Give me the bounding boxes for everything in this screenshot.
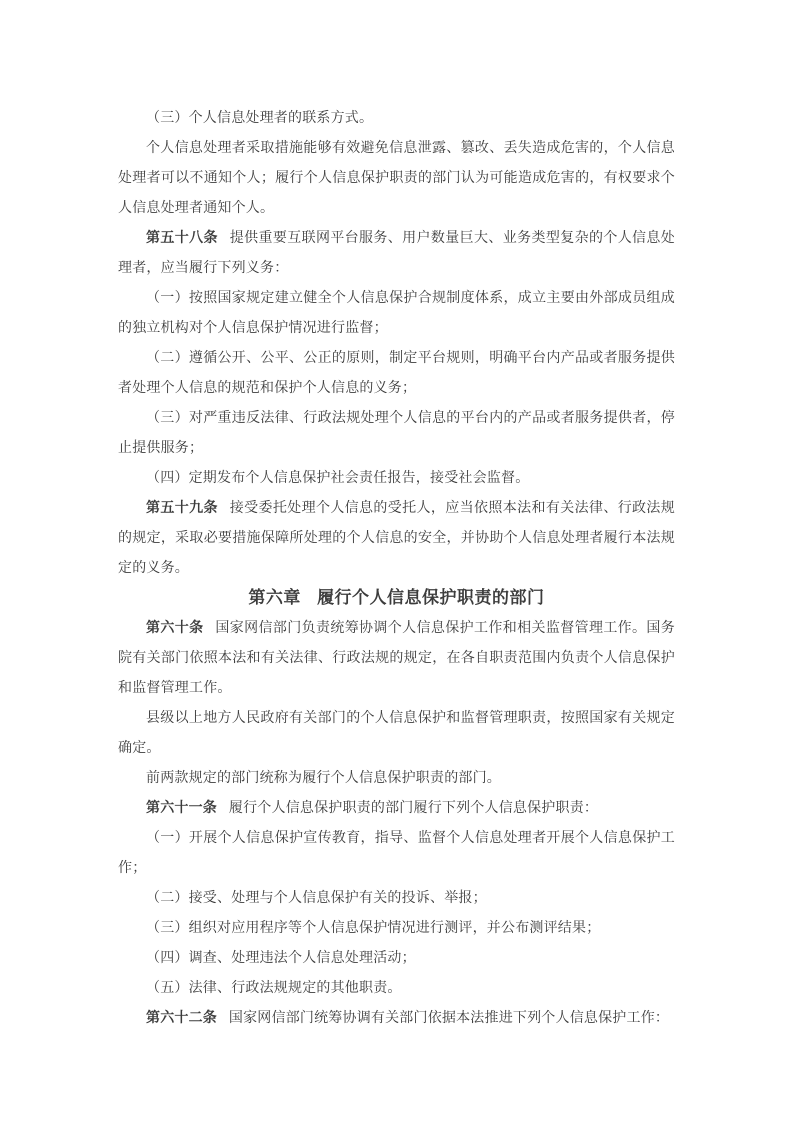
article-number: 第六十一条 [146, 800, 217, 816]
body-paragraph: （三）对严重违反法律、行政法规处理个人信息的平台内的产品或者服务提供者，停止提供… [118, 403, 675, 463]
article-number: 第六十二条 [146, 1010, 217, 1026]
paragraph-text: （四）调查、处理违法个人信息处理活动； [146, 950, 416, 966]
document-body: （三）个人信息处理者的联系方式。个人信息处理者采取措施能够有效避免信息泄露、篡改… [118, 103, 675, 1033]
paragraph-text: （二）接受、处理与个人信息保护有关的投诉、举报； [146, 890, 487, 906]
document-page: （三）个人信息处理者的联系方式。个人信息处理者采取措施能够有效避免信息泄露、篡改… [0, 0, 793, 1122]
paragraph-text: 前两款规定的部门统称为履行个人信息保护职责的部门。 [146, 770, 501, 786]
body-paragraph: （二）遵循公开、公平、公正的原则，制定平台规则，明确平台内产品或者服务提供者处理… [118, 343, 675, 403]
chapter-number: 第六章 [248, 588, 301, 608]
paragraph-text: （三）组织对应用程序等个人信息保护情况进行测评，并公布测评结果； [146, 920, 600, 936]
paragraph-text: （三）对严重违反法律、行政法规处理个人信息的平台内的产品或者服务提供者，停止提供… [118, 410, 675, 456]
paragraph-text: 个人信息处理者采取措施能够有效避免信息泄露、篡改、丢失造成危害的，个人信息处理者… [118, 140, 675, 216]
paragraph-text: （四）定期发布个人信息保护社会责任报告，接受社会监督。 [146, 470, 529, 486]
paragraph-text: （五）法律、行政法规规定的其他职责。 [146, 980, 402, 996]
article-number: 第五十九条 [146, 500, 218, 516]
paragraph-text: 履行个人信息保护职责的部门 [317, 588, 545, 608]
paragraph-text: （三）个人信息处理者的联系方式。 [146, 110, 373, 126]
body-paragraph: （四）定期发布个人信息保护社会责任报告，接受社会监督。 [118, 463, 675, 493]
body-paragraph: 县级以上地方人民政府有关部门的个人信息保护和监督管理职责，按照国家有关规定确定。 [118, 703, 675, 763]
article-number: 第五十八条 [146, 230, 218, 246]
body-paragraph: （一）按照国家规定建立健全个人信息保护合规制度体系，成立主要由外部成员组成的独立… [118, 283, 675, 343]
body-paragraph: （三）个人信息处理者的联系方式。 [118, 103, 675, 133]
body-paragraph: （三）组织对应用程序等个人信息保护情况进行测评，并公布测评结果； [118, 913, 675, 943]
body-paragraph: （五）法律、行政法规规定的其他职责。 [118, 973, 675, 1003]
body-paragraph: （一）开展个人信息保护宣传教育，指导、监督个人信息处理者开展个人信息保护工作； [118, 823, 675, 883]
article-paragraph: 第五十八条提供重要互联网平台服务、用户数量巨大、业务类型复杂的个人信息处理者，应… [118, 223, 675, 283]
article-number: 第六十条 [146, 620, 203, 636]
body-paragraph: 前两款规定的部门统称为履行个人信息保护职责的部门。 [118, 763, 675, 793]
article-paragraph: 第六十条国家网信部门负责统筹协调个人信息保护工作和相关监督管理工作。国务院有关部… [118, 613, 675, 703]
article-paragraph: 第六十一条履行个人信息保护职责的部门履行下列个人信息保护职责： [118, 793, 675, 823]
body-paragraph: 个人信息处理者采取措施能够有效避免信息泄露、篡改、丢失造成危害的，个人信息处理者… [118, 133, 675, 223]
paragraph-text: 县级以上地方人民政府有关部门的个人信息保护和监督管理职责，按照国家有关规定确定。 [118, 710, 675, 756]
article-paragraph: 第五十九条接受委托处理个人信息的受托人，应当依照本法和有关法律、行政法规的规定，… [118, 493, 675, 583]
body-paragraph: （二）接受、处理与个人信息保护有关的投诉、举报； [118, 883, 675, 913]
article-paragraph: 第六十二条国家网信部门统筹协调有关部门依据本法推进下列个人信息保护工作： [118, 1003, 675, 1033]
paragraph-text: 国家网信部门统筹协调有关部门依据本法推进下列个人信息保护工作： [229, 1010, 669, 1026]
paragraph-text: （一）开展个人信息保护宣传教育，指导、监督个人信息处理者开展个人信息保护工作； [118, 830, 675, 876]
paragraph-text: 履行个人信息保护职责的部门履行下列个人信息保护职责： [229, 800, 598, 816]
chapter-heading: 第六章履行个人信息保护职责的部门 [118, 583, 675, 613]
body-paragraph: （四）调查、处理违法个人信息处理活动； [118, 943, 675, 973]
paragraph-text: （二）遵循公开、公平、公正的原则，制定平台规则，明确平台内产品或者服务提供者处理… [118, 350, 675, 396]
paragraph-text: （一）按照国家规定建立健全个人信息保护合规制度体系，成立主要由外部成员组成的独立… [118, 290, 675, 336]
